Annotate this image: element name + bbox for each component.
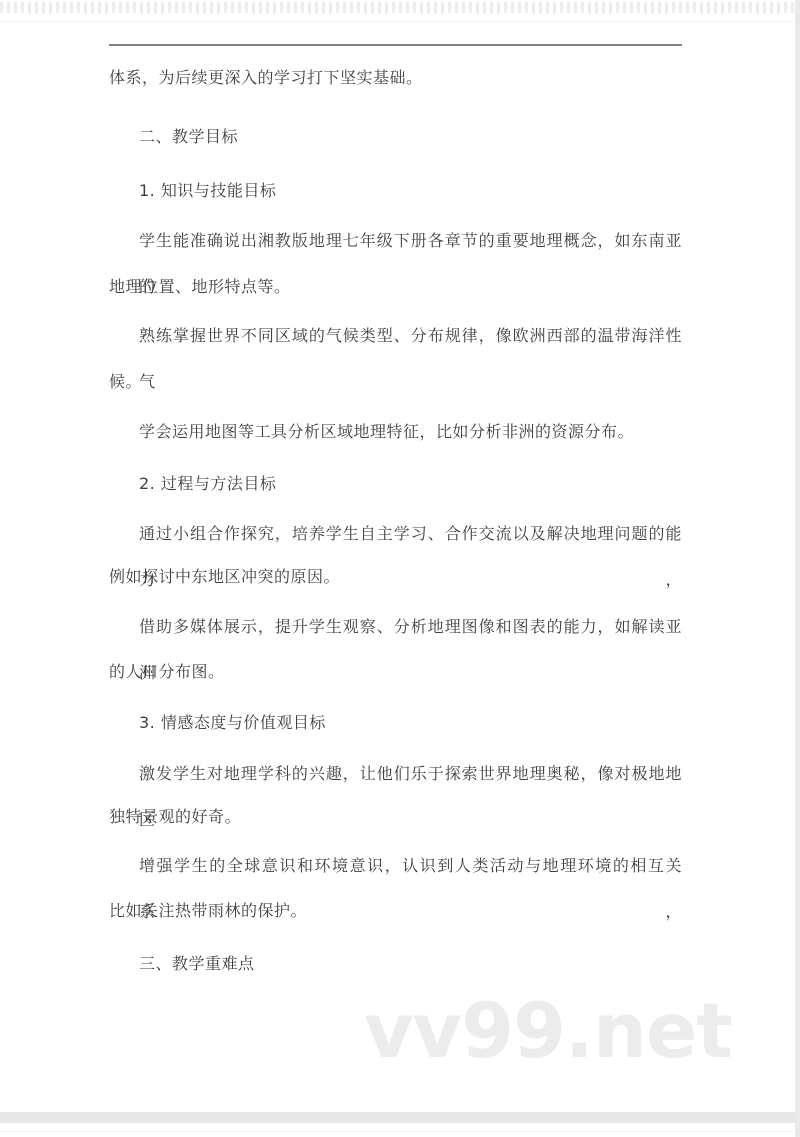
watermark: vv99.net xyxy=(364,986,732,1075)
doc-line: 例如探讨中东地区冲突的原因。 xyxy=(109,554,682,600)
doc-line: 独特景观的好奇。 xyxy=(109,794,682,840)
doc-line: 激发学生对地理学科的兴趣，让他们乐于探索世界地理奥秘，像对极地地区 xyxy=(109,751,682,797)
scan-artifact-line xyxy=(0,1131,800,1132)
doc-line: 体系，为后续更深入的学习打下坚实基础。 xyxy=(109,55,682,101)
doc-line: 学会运用地图等工具分析区域地理特征，比如分析非洲的资源分布。 xyxy=(109,409,682,455)
document-page: 体系，为后续更深入的学习打下坚实基础。 二、教学目标 1. 知识与技能目标 学生… xyxy=(0,0,800,1137)
doc-line: 熟练掌握世界不同区域的气候类型、分布规律，像欧洲西部的温带海洋性气 xyxy=(109,313,682,359)
heading-line: 1. 知识与技能目标 xyxy=(109,168,682,214)
doc-line: 的人口分布图。 xyxy=(109,649,682,695)
doc-line: 比如关注热带雨林的保护。 xyxy=(109,888,682,934)
doc-line: 学生能准确说出湘教版地理七年级下册各章节的重要地理概念，如东南亚的 xyxy=(109,218,682,264)
document-body: 体系，为后续更深入的学习打下坚实基础。 二、教学目标 1. 知识与技能目标 学生… xyxy=(109,0,682,1137)
doc-line: 候。 xyxy=(109,359,682,405)
page-gap-band xyxy=(0,1112,800,1123)
heading-line: 二、教学目标 xyxy=(109,114,682,160)
doc-line: 借助多媒体展示，提升学生观察、分析地理图像和图表的能力，如解读亚洲 xyxy=(109,604,682,650)
heading-line: 3. 情感态度与价值观目标 xyxy=(109,700,682,746)
page-edge-strip xyxy=(795,0,800,1137)
doc-line: 地理位置、地形特点等。 xyxy=(109,264,682,310)
heading-line: 2. 过程与方法目标 xyxy=(109,461,682,507)
heading-line: 三、教学重难点 xyxy=(109,941,682,987)
doc-line: 通过小组合作探究，培养学生自主学习、合作交流以及解决地理问题的能力， xyxy=(109,511,682,557)
doc-line: 增强学生的全球意识和环境意识，认识到人类活动与地理环境的相互关系， xyxy=(109,843,682,889)
